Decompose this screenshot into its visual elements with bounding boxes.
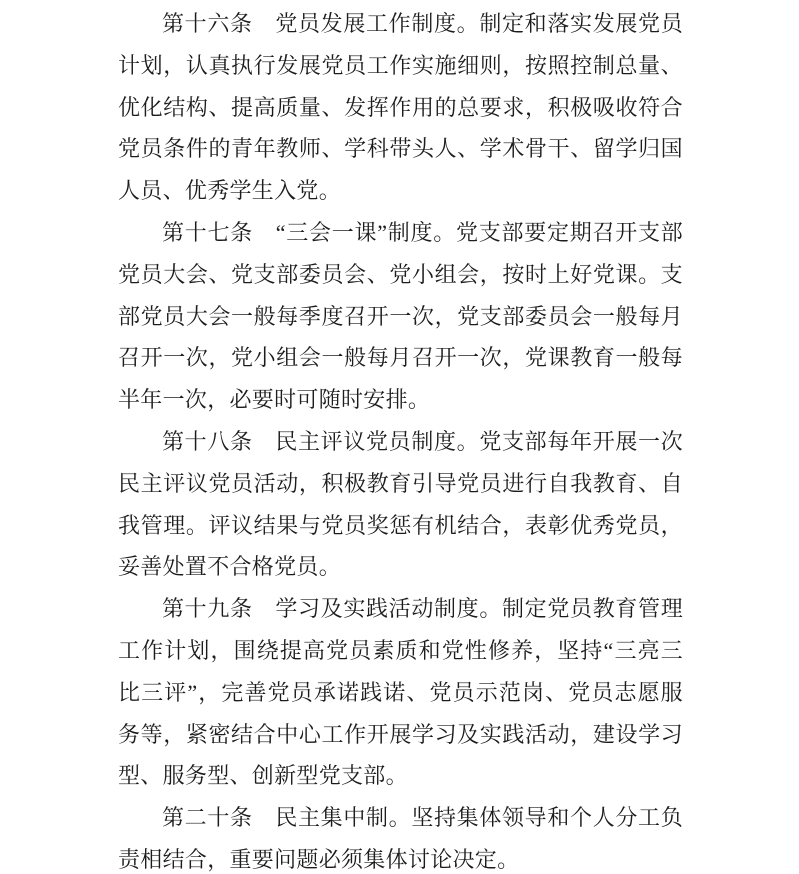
paragraph-article-17: 第十七条 “三会一课”制度。党支部要定期召开支部党员大会、党支部委员会、党小组会… [118,212,683,421]
paragraph-article-18: 第十八条 民主评议党员制度。党支部每年开展一次民主评议党员活动，积极教育引导党员… [118,421,683,588]
paragraph-article-20: 第二十条 民主集中制。坚持集体领导和个人分工负责相结合，重要问题必须集体讨论决定… [118,797,683,874]
document-page: 第十六条 党员发展工作制度。制定和落实发展党员计划，认真执行发展党员工作实施细则… [0,0,799,874]
paragraph-article-19: 第十九条 学习及实践活动制度。制定党员教育管理工作计划，围绕提高党员素质和党性修… [118,588,683,797]
paragraph-article-16: 第十六条 党员发展工作制度。制定和落实发展党员计划，认真执行发展党员工作实施细则… [118,3,683,212]
